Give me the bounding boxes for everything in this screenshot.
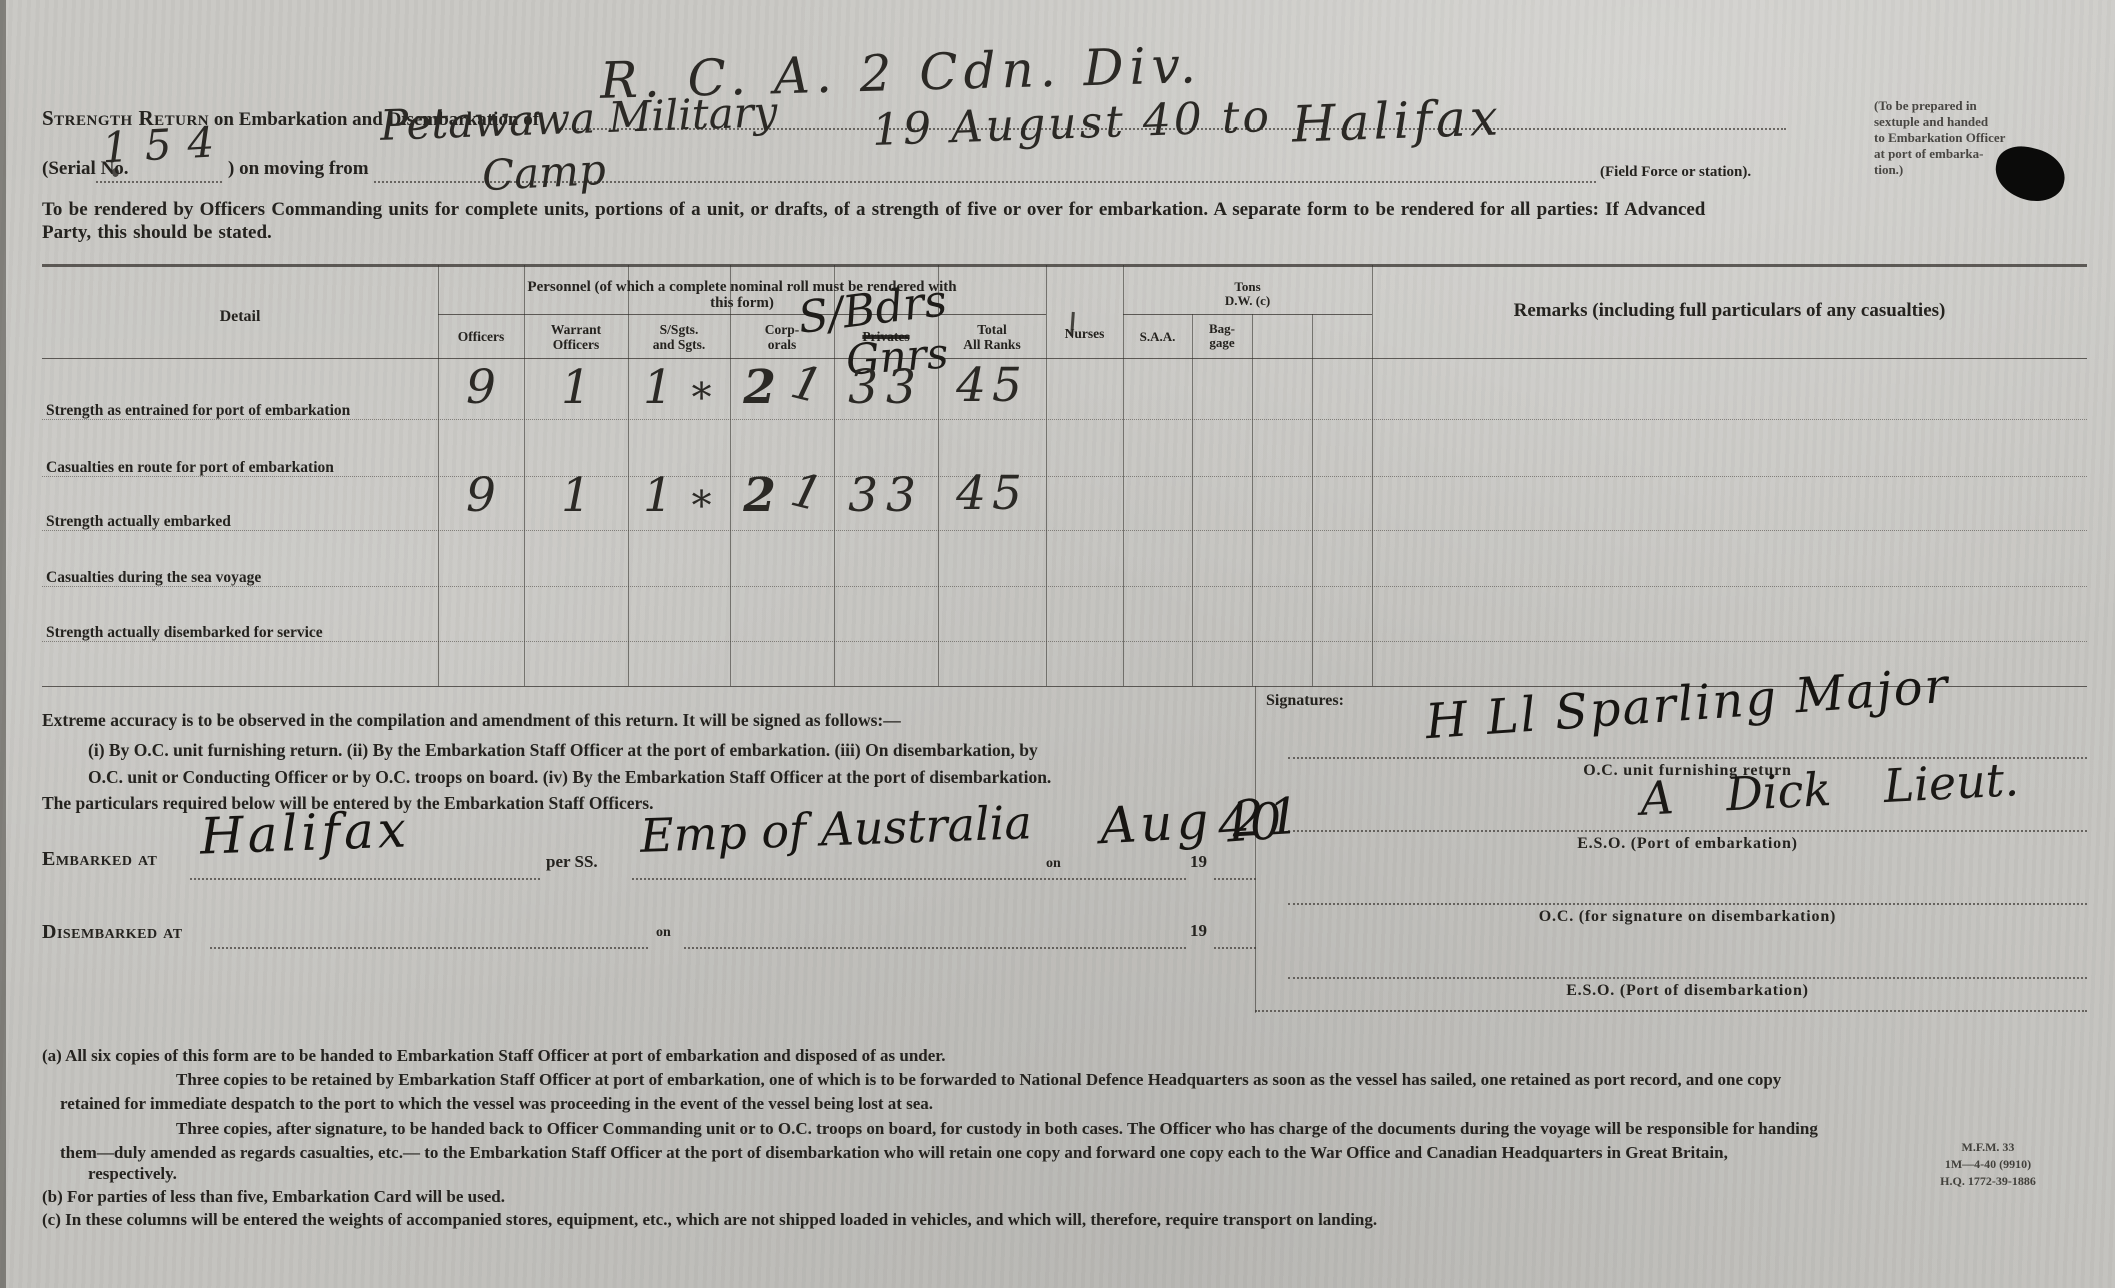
entrained-ptes-value: 33: [834, 364, 938, 411]
embarked-ptes-value: 33: [834, 472, 938, 519]
table-vline-tons-blank: [1312, 314, 1313, 686]
form-ref-3: H.Q. 1772-39-1886: [1890, 1174, 2086, 1189]
entrained-cpls-correction-mark: 1: [786, 358, 826, 411]
entrained-officers-value: 9: [438, 364, 524, 411]
table-vline-baggage: [1252, 314, 1253, 686]
entrained-cpls-value: 2 1: [730, 364, 834, 411]
field-force-label: (Field Force or station).: [1600, 164, 1751, 181]
entrained-total-value: 45: [938, 362, 1046, 409]
entrained-sgts-number: 1: [643, 360, 673, 415]
embarked-year-line: [1214, 878, 1256, 880]
disembarked-on-label: on: [656, 925, 671, 941]
entrained-sgts-correction-mark: ∗: [688, 367, 715, 413]
entrained-sgts-value: 1 ∗: [628, 364, 730, 411]
embarked-cpls-correction-mark: 1: [786, 466, 826, 519]
remarks-column-header: Remarks (including full particulars of a…: [1372, 300, 2087, 322]
embarked-at-label: Embarked at: [42, 848, 157, 871]
strength-return-form-scan: Strength Return on Embarkation and Disem…: [0, 0, 2115, 1288]
embarked-year-printed: 19: [1190, 852, 1207, 872]
entrained-cpls-number: 2: [743, 360, 776, 415]
disembarked-place-line: [210, 947, 648, 949]
embarked-sgts-value: 1 ∗: [628, 472, 730, 519]
saa-column-header: S.A.A.: [1123, 329, 1192, 345]
embarked-cpls-number: 2: [743, 468, 776, 523]
tons-group-underline: [1123, 314, 1372, 315]
embarked-cpls-value: 2 1: [730, 472, 834, 519]
prepare-note: (To be prepared in sextuple and handed t…: [1874, 98, 2088, 178]
row-label-disembarked-service: Strength actually disembarked for servic…: [46, 624, 323, 642]
accuracy-line-3: O.C. unit or Conducting Officer or by O.…: [88, 767, 1051, 788]
personnel-group-underline: [438, 314, 1046, 315]
disembarked-year-printed: 19: [1190, 921, 1207, 941]
sig2-caption: E.S.O. (Port of embarkation): [1288, 835, 2087, 853]
detail-column-header: Detail: [42, 308, 438, 326]
form-ref-1: M.F.M. 33: [1890, 1140, 2086, 1155]
embarked-warrant-value: 1: [524, 472, 628, 519]
embarked-total-value: 45: [938, 470, 1046, 517]
warrant-officers-column-header: Warrant Officers: [524, 322, 628, 352]
footnote-b: (b) For parties of less than five, Embar…: [42, 1187, 505, 1207]
footnote-a3-line3: respectively.: [88, 1164, 177, 1184]
disembarked-at-label: Disembarked at: [42, 921, 183, 944]
signature-line-2: [1288, 830, 2087, 832]
personnel-group-header: Personnel (of which a complete nominal r…: [438, 279, 1046, 311]
row-rule-2: [42, 476, 2087, 477]
signature-line-3: [1288, 903, 2087, 905]
route-date-handwritten: 19 August 40 to: [871, 95, 1272, 153]
serial-label-close-text: ) on moving from: [228, 158, 369, 179]
row-label-actually-embarked: Strength actually embarked: [46, 513, 231, 531]
signatures-box-bottom-line: [1255, 1010, 2087, 1012]
embarked-officers-value: 9: [438, 472, 524, 519]
footnote-a2-line2: retained for immediate despatch to the p…: [60, 1094, 933, 1114]
row-label-casualties-en-route: Casualties en route for port of embarkat…: [46, 459, 334, 477]
accuracy-line-1: Extreme accuracy is to be observed in th…: [42, 710, 901, 731]
embarked-place-handwritten: Halifax: [199, 804, 411, 861]
row-rule-1: [42, 419, 2087, 420]
embarked-sgts-correction-mark: ∗: [688, 475, 715, 521]
footnote-c: (c) In these columns will be entered the…: [42, 1210, 1377, 1230]
footnote-a3-line1: Three copies, after signature, to be han…: [176, 1119, 1818, 1139]
baggage-column-header: Bag- gage: [1192, 322, 1252, 350]
paper-edge-shadow: [0, 0, 6, 1288]
serial-handwritten: 154: [101, 121, 231, 170]
accuracy-line-2: (i) By O.C. unit furnishing return. (ii)…: [88, 740, 1038, 761]
sgts-column-header: S/Sgts. and Sgts.: [628, 322, 730, 352]
serial-label-close: ) on moving from: [228, 158, 369, 180]
serial-dotted-line: [96, 181, 222, 183]
signature-line-4: [1288, 977, 2087, 979]
row-label-entrained: Strength as entrained for port of embark…: [46, 402, 350, 420]
embarked-place-line: [190, 878, 540, 880]
tons-group-header: Tons D.W. (c): [1123, 280, 1372, 308]
sig4-caption: E.S.O. (Port of disembarkation): [1288, 982, 2087, 1000]
row-rule-5: [42, 641, 2087, 642]
row-label-casualties-voyage: Casualties during the sea voyage: [46, 569, 261, 587]
form-ref-2: 1M—4-40 (9910): [1890, 1157, 2086, 1172]
embarked-sgts-number: 1: [643, 468, 673, 523]
officers-column-header: Officers: [438, 329, 524, 345]
footnote-a: (a) All six copies of this form are to b…: [42, 1046, 946, 1066]
table-vline-saa: [1192, 314, 1193, 686]
footnote-a2-line1: Three copies to be retained by Embarkati…: [176, 1070, 1781, 1090]
row-rule-3: [42, 530, 2087, 531]
oc-signature-handwritten: H Ll Sparling Major: [1424, 662, 1951, 746]
moving-from-handwritten-line2: Camp: [481, 149, 607, 197]
ship-handwritten: Emp of Australia: [639, 799, 1032, 859]
embarked-on-label: on: [1046, 856, 1061, 872]
table-header-underline: [42, 358, 2087, 359]
table-top-border: [42, 264, 2087, 267]
entrained-warrant-value: 1: [524, 364, 628, 411]
total-all-ranks-column-header: Total All Ranks: [938, 322, 1046, 352]
destination-handwritten: Halifax: [1291, 92, 1503, 149]
ship-line: [632, 878, 1186, 880]
disembarked-year-line: [1214, 947, 1256, 949]
moving-from-handwritten-line1: Petawawa Military: [379, 91, 778, 147]
sig3-caption: O.C. (for signature on disembarkation): [1288, 908, 2087, 926]
disembarked-ship-line: [684, 947, 1186, 949]
render-instruction: To be rendered by Officers Commanding un…: [42, 198, 2097, 244]
embarked-year-handwritten: 40: [1216, 796, 1283, 850]
nurses-column-header: Nurses: [1046, 326, 1123, 342]
signatures-label: Signatures:: [1266, 692, 1344, 710]
row-rule-4: [42, 586, 2087, 587]
footnote-a3-line2: them—duly amended as regards casualties,…: [60, 1143, 1728, 1163]
per-ss-label: per SS.: [546, 852, 598, 872]
